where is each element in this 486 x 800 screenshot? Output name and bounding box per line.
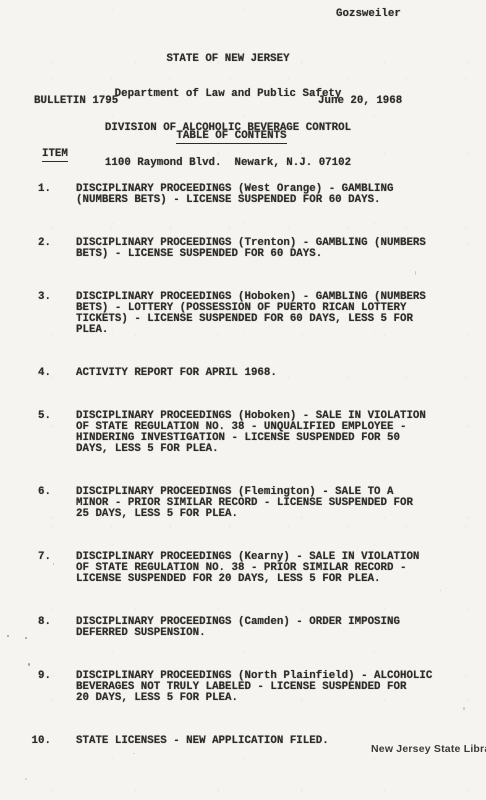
scan-speck bbox=[28, 663, 30, 666]
toc-item-8: 8. DISCIPLINARY PROCEEDINGS (Camden) - O… bbox=[0, 617, 486, 639]
toc-list: 1. DISCIPLINARY PROCEEDINGS (West Orange… bbox=[0, 162, 486, 768]
toc-item-text: DISCIPLINARY PROCEEDINGS (Hoboken) - SAL… bbox=[76, 411, 448, 455]
scanned-document-page: { "page": { "top_stamp": "Gozsweiler", "… bbox=[0, 0, 486, 800]
toc-item-number: 3. bbox=[0, 292, 51, 336]
toc-item-number: 9. bbox=[0, 671, 51, 704]
bulletin-date: June 20, 1968 bbox=[318, 96, 402, 107]
scan-speck bbox=[100, 617, 102, 618]
routing-name-stamp: Gozsweiler bbox=[336, 9, 401, 20]
scan-speck bbox=[7, 635, 9, 637]
toc-item-5: 5. DISCIPLINARY PROCEEDINGS (Hoboken) - … bbox=[0, 411, 486, 455]
toc-item-text: DISCIPLINARY PROCEEDINGS (Camden) - ORDE… bbox=[76, 617, 448, 639]
toc-item-1: 1. DISCIPLINARY PROCEEDINGS (West Orange… bbox=[0, 184, 486, 206]
toc-item-text: DISCIPLINARY PROCEEDINGS (Kearny) - SALE… bbox=[76, 552, 448, 585]
letterhead-state: STATE OF NEW JERSEY bbox=[0, 54, 456, 66]
toc-item-number: 2. bbox=[0, 238, 51, 260]
toc-item-number: 1. bbox=[0, 184, 51, 206]
toc-item-text: DISCIPLINARY PROCEEDINGS (West Orange) -… bbox=[76, 184, 448, 206]
scan-speck bbox=[440, 590, 441, 591]
toc-item-text: DISCIPLINARY PROCEEDINGS (Trenton) - GAM… bbox=[76, 238, 448, 260]
toc-item-6: 6. DISCIPLINARY PROCEEDINGS (Flemington)… bbox=[0, 487, 486, 520]
library-stamp: New Jersey State Librar bbox=[371, 743, 486, 755]
toc-item-number: 6. bbox=[0, 487, 51, 520]
toc-item-number: 5. bbox=[0, 411, 51, 455]
toc-item-text: DISCIPLINARY PROCEEDINGS (North Plainfie… bbox=[76, 671, 448, 704]
toc-item-2: 2. DISCIPLINARY PROCEEDINGS (Trenton) - … bbox=[0, 238, 486, 260]
toc-item-7: 7. DISCIPLINARY PROCEEDINGS (Kearny) - S… bbox=[0, 552, 486, 585]
scan-speck bbox=[133, 753, 135, 754]
toc-item-number: 4. bbox=[0, 368, 51, 379]
toc-item-4: 4. ACTIVITY REPORT FOR APRIL 1968. bbox=[0, 368, 486, 379]
toc-item-text: DISCIPLINARY PROCEEDINGS (Hoboken) - GAM… bbox=[76, 292, 448, 336]
toc-item-3: 3. DISCIPLINARY PROCEEDINGS (Hoboken) - … bbox=[0, 292, 486, 336]
toc-item-number: 10. bbox=[0, 736, 51, 747]
toc-column-header: ITEM bbox=[29, 138, 68, 162]
scan-speck bbox=[25, 637, 27, 639]
scan-speck bbox=[463, 707, 465, 710]
toc-item-text: DISCIPLINARY PROCEEDINGS (Flemington) - … bbox=[76, 487, 448, 520]
toc-item-number: 7. bbox=[0, 552, 51, 585]
bulletin-number: BULLETIN 1795 bbox=[34, 96, 118, 107]
scan-speck bbox=[53, 563, 54, 565]
scan-speck bbox=[25, 778, 27, 780]
toc-column-header-label: ITEM bbox=[42, 149, 68, 162]
toc-title: TABLE OF CONTENTS bbox=[176, 131, 286, 144]
scan-speck bbox=[415, 271, 416, 275]
toc-item-text: ACTIVITY REPORT FOR APRIL 1968. bbox=[76, 368, 448, 379]
toc-item-9: 9. DISCIPLINARY PROCEEDINGS (North Plain… bbox=[0, 671, 486, 704]
